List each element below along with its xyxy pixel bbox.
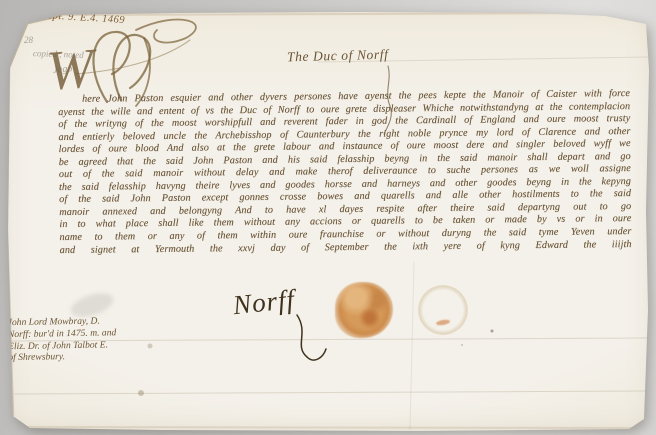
photo-background: 26. Sept. 9. E.4. 1469 28 copied , noted… <box>0 0 656 435</box>
parchment-shadow-wrap: 26. Sept. 9. E.4. 1469 28 copied , noted… <box>0 0 656 435</box>
duke-signature: Norff <box>232 284 297 321</box>
manuscript-parchment: 26. Sept. 9. E.4. 1469 28 copied , noted… <box>0 0 656 435</box>
seal-impression-ghost <box>418 285 468 335</box>
document-heading: The Duc of Norff <box>287 47 389 66</box>
letter-body: here John Paston esquier and other dyver… <box>58 88 632 257</box>
antiquarian-note: John Lord Mowbray, D. Norff: bur'd in 14… <box>8 315 143 365</box>
antiquarian-note-line: of Shrewsbury. <box>8 350 142 364</box>
calligraphic-initial: W <box>45 40 95 99</box>
pencil-note-number: 28 <box>24 35 33 45</box>
